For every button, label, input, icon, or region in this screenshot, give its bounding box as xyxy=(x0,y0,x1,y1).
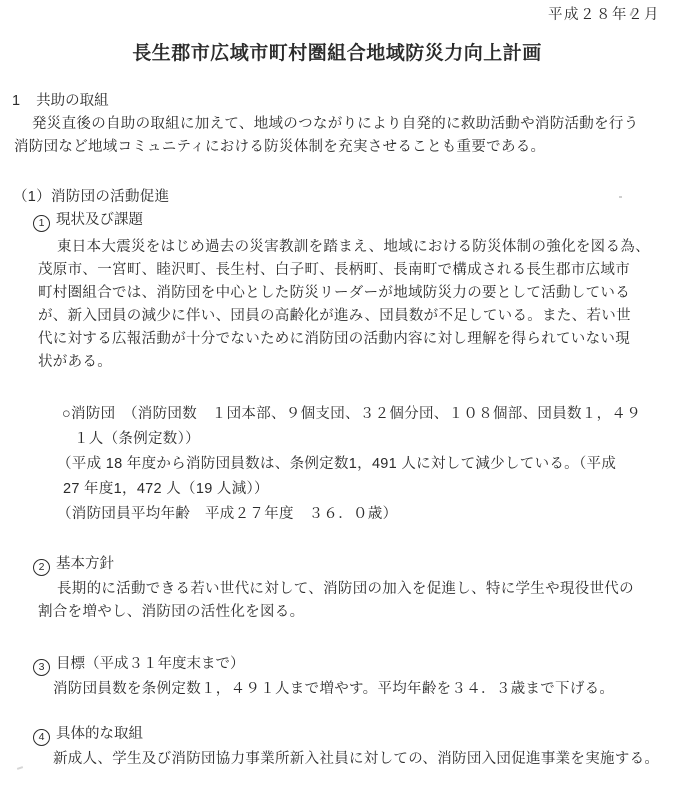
body-line: 町村圏組合では、消防団を中心とした防災リーダーが地域防災力の要として活動している xyxy=(0,282,674,305)
item-4-label: 具体的な取組 xyxy=(56,726,143,742)
body-line: 状がある。 xyxy=(0,351,674,374)
section-1-label: 共助の取組 xyxy=(36,93,109,109)
note-line: １人（条例定数）） xyxy=(0,427,674,452)
body-line: 長期的に活動できる若い世代に対して、消防団の加入を促進し、特に学生や現役世代の xyxy=(0,578,674,601)
item-3-label: 目標（平成３１年度末まで） xyxy=(56,656,245,672)
note-line: 27 年度1，472 人（19 人減）） xyxy=(0,477,674,502)
circled-number-3: 3 xyxy=(33,659,50,676)
item-4-heading: 4具体的な取組 xyxy=(0,723,674,746)
note-line: ○消防団 （消防団数 １団本部、９個支団、３２個分団、１０８個部、団員数１，４９ xyxy=(0,402,674,427)
item-1-heading: 1現状及び課題 xyxy=(0,209,674,232)
item-3-heading: 3目標（平成３１年度末まで） xyxy=(0,653,674,676)
note-line: （平成 18 年度から消防団員数は、条例定数1，491 人に対して減少している。… xyxy=(0,452,674,477)
body-line: 代に対する広報活動が十分でないために消防団の活動内容に対し理解を得られていない現 xyxy=(0,328,674,351)
body-line: 茂原市、一宮町、睦沢町、長生村、白子町、長柄町、長南町で構成される長生郡市広域市 xyxy=(0,259,674,282)
section-1-heading: 1共助の取組 xyxy=(0,90,674,113)
circled-number-1: 1 xyxy=(33,215,50,232)
item-4-body: 新成人、学生及び消防団協力事業所新入社員に対しての、消防団入団促進事業を実施する… xyxy=(0,748,674,771)
body-line: 消防団員数を条例定数１，４９１人まで増やす。平均年齢を３４．３歳まで下げる。 xyxy=(0,678,674,701)
item-1-body: 東日本大震災をはじめ過去の災害教訓を踏まえ、地域における防災体制の強化を図る為、… xyxy=(0,236,674,374)
section-1-number: 1 xyxy=(12,90,20,113)
scan-artifact xyxy=(619,196,622,198)
body-line: が、新入団員の減少に伴い、団員の高齢化が進み、団員数が不足している。また、若い世 xyxy=(0,305,674,328)
document-page: 平成２８年２月 長生郡市広域市町村圏組合地域防災力向上計画 1共助の取組 発災直… xyxy=(0,6,674,785)
body-line: 新成人、学生及び消防団協力事業所新入社員に対しての、消防団入団促進事業を実施する… xyxy=(0,748,674,771)
item-1-label: 現状及び課題 xyxy=(56,212,143,228)
document-title: 長生郡市広域市町村圏組合地域防災力向上計画 xyxy=(0,40,674,68)
item-2-label: 基本方針 xyxy=(56,556,114,572)
body-line: 割合を増やし、消防団の活性化を図る。 xyxy=(0,601,674,624)
fire-corps-statistics: ○消防団 （消防団数 １団本部、９個支団、３２個分団、１０８個部、団員数１，４９… xyxy=(0,402,674,527)
section-1-body-line: 消防団など地域コミュニティにおける防災体制を充実させることも重要である。 xyxy=(0,136,674,159)
body-line: 東日本大震災をはじめ過去の災害教訓を踏まえ、地域における防災体制の強化を図る為、 xyxy=(0,236,674,259)
item-2-body: 長期的に活動できる若い世代に対して、消防団の加入を促進し、特に学生や現役世代の … xyxy=(0,578,674,624)
document-date: 平成２８年２月 xyxy=(0,6,674,24)
note-line: （消防団員平均年齢 平成２７年度 ３６．０歳） xyxy=(0,502,674,527)
item-2-heading: 2基本方針 xyxy=(0,553,674,576)
section-1-body-line: 発災直後の自助の取組に加えて、地域のつながりにより自発的に救助活動や消防活動を行… xyxy=(0,113,674,136)
circled-number-4: 4 xyxy=(33,729,50,746)
item-3-body: 消防団員数を条例定数１，４９１人まで増やす。平均年齢を３４．３歳まで下げる。 xyxy=(0,678,674,701)
circled-number-2: 2 xyxy=(33,559,50,576)
subsection-1-heading: （1）消防団の活動促進 xyxy=(0,186,674,209)
